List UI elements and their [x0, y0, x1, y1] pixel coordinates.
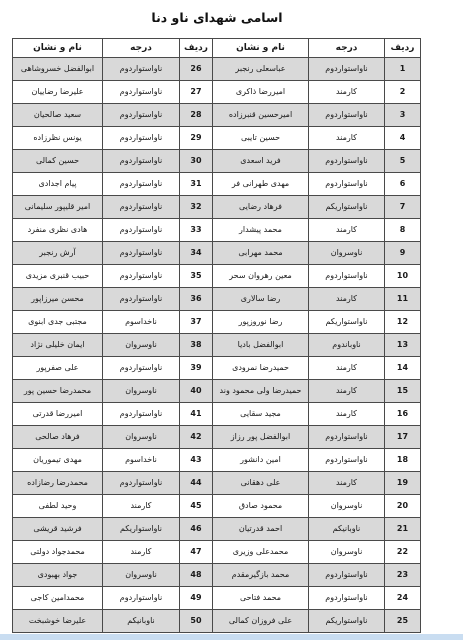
table-row: 1 ناواستواردوم عباسعلی رنجبر 26 ناواستوا… — [13, 58, 421, 81]
row-number-cell: 15 — [385, 380, 421, 403]
table-row: 5 ناواستواردوم فرید اسعدی 30 ناواستواردو… — [13, 150, 421, 173]
rank-cell: ناواستواریکم — [103, 518, 180, 541]
name-cell: فرشید قریشی — [13, 518, 103, 541]
name-cell: امیر قلیپور سلیمانی — [13, 196, 103, 219]
name-cell: مهدی طهرانی فر — [213, 173, 309, 196]
header-rank-right: درجه — [309, 39, 385, 58]
row-number-cell: 7 — [385, 196, 421, 219]
rank-cell: ناواستواردوم — [103, 196, 180, 219]
rank-cell: ناواستواردوم — [103, 403, 180, 426]
rank-cell: ناوسروان — [309, 541, 385, 564]
rank-cell: کارمند — [309, 219, 385, 242]
row-number-cell: 40 — [180, 380, 213, 403]
header-row: ردیف درجه نام و نشان ردیف درجه نام و نشا… — [13, 39, 421, 58]
name-cell: ایمان خلیلی نژاد — [13, 334, 103, 357]
rank-cell: کارمند — [309, 380, 385, 403]
rank-cell: ناواستواردوم — [309, 564, 385, 587]
row-number-cell: 12 — [385, 311, 421, 334]
header-rank-left: درجه — [103, 39, 180, 58]
rank-cell: ناواستواردوم — [103, 127, 180, 150]
table-row: 9 ناوسروان محمد مهرابی 34 ناواستواردوم آ… — [13, 242, 421, 265]
name-cell: علیرضا رضاییان — [13, 81, 103, 104]
header-name-left: نام و نشان — [13, 39, 103, 58]
row-number-cell: 13 — [385, 334, 421, 357]
rank-cell: ناواستواردوم — [309, 104, 385, 127]
table-row: 13 ناوباندوم ابوالفضل بادیا 38 ناوسروان … — [13, 334, 421, 357]
table-row: 2 کارمند امیررضا ذاکری 27 ناواستواردوم ع… — [13, 81, 421, 104]
rank-cell: ناواستواردوم — [103, 357, 180, 380]
name-cell: فرهاد رضایی — [213, 196, 309, 219]
rank-cell: ناوسروان — [103, 564, 180, 587]
name-cell: علی دهقانی — [213, 472, 309, 495]
row-number-cell: 9 — [385, 242, 421, 265]
row-number-cell: 27 — [180, 81, 213, 104]
name-cell: سعید صالحیان — [13, 104, 103, 127]
name-cell: حسین تایبی — [213, 127, 309, 150]
rank-cell: ناواستواریکم — [309, 311, 385, 334]
row-number-cell: 4 — [385, 127, 421, 150]
row-number-cell: 23 — [385, 564, 421, 587]
rank-cell: ناواستواردوم — [103, 472, 180, 495]
name-cell: عباسعلی رنجبر — [213, 58, 309, 81]
page-title: اسامی شهدای ناو دنا — [13, 10, 421, 25]
name-cell: محمود صادق — [213, 495, 309, 518]
name-cell: امین دانشور — [213, 449, 309, 472]
table-row: 23 ناواستواردوم محمد بازگیرمقدم 48 ناوسر… — [13, 564, 421, 587]
rank-cell: ناواستواردوم — [103, 219, 180, 242]
rank-cell: ناواستواردوم — [309, 150, 385, 173]
row-number-cell: 45 — [180, 495, 213, 518]
header-row-number-right: ردیف — [385, 39, 421, 58]
row-number-cell: 16 — [385, 403, 421, 426]
row-number-cell: 24 — [385, 587, 421, 610]
rank-cell: ناواستواردوم — [103, 81, 180, 104]
rank-cell: کارمند — [103, 541, 180, 564]
rank-cell: ناوسروان — [103, 334, 180, 357]
name-cell: فرهاد صالحی — [13, 426, 103, 449]
name-cell: علیرضا خوشبخت — [13, 610, 103, 633]
name-cell: علی فروزان کمالی — [213, 610, 309, 633]
table-row: 16 کارمند مجید سقایی 41 ناواستواردوم امی… — [13, 403, 421, 426]
row-number-cell: 11 — [385, 288, 421, 311]
row-number-cell: 41 — [180, 403, 213, 426]
name-cell: محمدرضا رضازاده — [13, 472, 103, 495]
table-row: 6 ناواستواردوم مهدی طهرانی فر 31 ناواستو… — [13, 173, 421, 196]
bottom-blue-strip — [0, 634, 463, 640]
table-row: 20 ناوسروان محمود صادق 45 کارمند وحید لط… — [13, 495, 421, 518]
table-row: 24 ناواستواردوم محمد فتاحی 49 ناواستوارد… — [13, 587, 421, 610]
row-number-cell: 50 — [180, 610, 213, 633]
name-cell: محمد پیشدار — [213, 219, 309, 242]
name-cell: محمدجواد دولتی — [13, 541, 103, 564]
rank-cell: ناواستواردوم — [103, 265, 180, 288]
rank-cell: ناواستواردوم — [309, 449, 385, 472]
table-row: 3 ناواستواردوم امیرحسین قنبرزاده 28 ناوا… — [13, 104, 421, 127]
name-cell: مجید سقایی — [213, 403, 309, 426]
row-number-cell: 1 — [385, 58, 421, 81]
name-cell: مهدی تیموریان — [13, 449, 103, 472]
header-row-number-left: ردیف — [180, 39, 213, 58]
name-cell: محسن میرزاپور — [13, 288, 103, 311]
row-number-cell: 8 — [385, 219, 421, 242]
name-cell: محمد مهرابی — [213, 242, 309, 265]
row-number-cell: 19 — [385, 472, 421, 495]
name-cell: محمد بازگیرمقدم — [213, 564, 309, 587]
row-number-cell: 17 — [385, 426, 421, 449]
table-row: 21 ناوبانیکم احمد قدرتیان 46 ناواستواریک… — [13, 518, 421, 541]
table-row: 15 کارمند حمیدرضا ولی محمود وند 40 ناوسر… — [13, 380, 421, 403]
table-row: 14 کارمند حمیدرضا نمرودی 39 ناواستواردوم… — [13, 357, 421, 380]
name-cell: رضا نوروزپور — [213, 311, 309, 334]
martyrs-table: ردیف درجه نام و نشان ردیف درجه نام و نشا… — [12, 38, 421, 633]
name-cell: احمد قدرتیان — [213, 518, 309, 541]
row-number-cell: 10 — [385, 265, 421, 288]
row-number-cell: 29 — [180, 127, 213, 150]
row-number-cell: 30 — [180, 150, 213, 173]
name-cell: پیام اجدادی — [13, 173, 103, 196]
rank-cell: ناواستواردوم — [309, 426, 385, 449]
rank-cell: کارمند — [103, 495, 180, 518]
rank-cell: ناخداسوم — [103, 311, 180, 334]
name-cell: هادی نظری منفرد — [13, 219, 103, 242]
name-cell: معین رهروان سحر — [213, 265, 309, 288]
name-cell: محمد فتاحی — [213, 587, 309, 610]
row-number-cell: 25 — [385, 610, 421, 633]
rank-cell: ناواستواردوم — [103, 242, 180, 265]
name-cell: حسین کمالی — [13, 150, 103, 173]
rank-cell: ناواستواردوم — [103, 587, 180, 610]
table-row: 25 ناواستواریکم علی فروزان کمالی 50 ناوب… — [13, 610, 421, 633]
row-number-cell: 2 — [385, 81, 421, 104]
rank-cell: ناواستواردوم — [309, 173, 385, 196]
row-number-cell: 14 — [385, 357, 421, 380]
table-row: 7 ناواستواریکم فرهاد رضایی 32 ناواستوارد… — [13, 196, 421, 219]
name-cell: محمدعلی وزیری — [213, 541, 309, 564]
name-cell: محمدامین کاجی — [13, 587, 103, 610]
table-row: 19 کارمند علی دهقانی 44 ناواستواردوم محم… — [13, 472, 421, 495]
row-number-cell: 48 — [180, 564, 213, 587]
header-name-right: نام و نشان — [213, 39, 309, 58]
name-cell: امیررضا ذاکری — [213, 81, 309, 104]
row-number-cell: 37 — [180, 311, 213, 334]
rank-cell: ناواستواردوم — [309, 265, 385, 288]
row-number-cell: 49 — [180, 587, 213, 610]
name-cell: ابوالفضل بادیا — [213, 334, 309, 357]
row-number-cell: 36 — [180, 288, 213, 311]
rank-cell: ناوسروان — [309, 242, 385, 265]
name-cell: جواد بهبودی — [13, 564, 103, 587]
row-number-cell: 3 — [385, 104, 421, 127]
name-cell: وحید لطفی — [13, 495, 103, 518]
name-cell: ابوالفضل پور رزاز — [213, 426, 309, 449]
rank-cell: کارمند — [309, 127, 385, 150]
rank-cell: ناواستواریکم — [309, 196, 385, 219]
table-header: ردیف درجه نام و نشان ردیف درجه نام و نشا… — [13, 39, 421, 58]
rank-cell: ناوسروان — [309, 495, 385, 518]
rank-cell: ناوسروان — [103, 380, 180, 403]
rank-cell: کارمند — [309, 288, 385, 311]
table-row: 12 ناواستواریکم رضا نوروزپور 37 ناخداسوم… — [13, 311, 421, 334]
row-number-cell: 22 — [385, 541, 421, 564]
row-number-cell: 35 — [180, 265, 213, 288]
name-cell: امیرحسین قنبرزاده — [213, 104, 309, 127]
table-body: 1 ناواستواردوم عباسعلی رنجبر 26 ناواستوا… — [13, 58, 421, 633]
row-number-cell: 28 — [180, 104, 213, 127]
name-cell: فرید اسعدی — [213, 150, 309, 173]
name-cell: علی صفرپور — [13, 357, 103, 380]
row-number-cell: 43 — [180, 449, 213, 472]
row-number-cell: 21 — [385, 518, 421, 541]
rank-cell: ناواستواریکم — [309, 610, 385, 633]
table-row: 4 کارمند حسین تایبی 29 ناواستواردوم یونس… — [13, 127, 421, 150]
rank-cell: ناواستواردوم — [309, 58, 385, 81]
rank-cell: ناواستواردوم — [103, 288, 180, 311]
table-row: 22 ناوسروان محمدعلی وزیری 47 کارمند محمد… — [13, 541, 421, 564]
rank-cell: ناواستواردوم — [103, 173, 180, 196]
table-row: 17 ناواستواردوم ابوالفضل پور رزاز 42 ناو… — [13, 426, 421, 449]
rank-cell: ناواستواردوم — [309, 587, 385, 610]
rank-cell: ناوسروان — [103, 426, 180, 449]
rank-cell: ناخداسوم — [103, 449, 180, 472]
rank-cell: ناواستواردوم — [103, 150, 180, 173]
table-row: 11 کارمند رضا سالاری 36 ناواستواردوم محس… — [13, 288, 421, 311]
name-cell: رضا سالاری — [213, 288, 309, 311]
name-cell: یونس نظرزاده — [13, 127, 103, 150]
rank-cell: کارمند — [309, 81, 385, 104]
row-number-cell: 20 — [385, 495, 421, 518]
name-cell: محمدرضا حسین پور — [13, 380, 103, 403]
name-cell: امیررضا قدرتی — [13, 403, 103, 426]
row-number-cell: 33 — [180, 219, 213, 242]
name-cell: حمیدرضا نمرودی — [213, 357, 309, 380]
table-row: 8 کارمند محمد پیشدار 33 ناواستواردوم هاد… — [13, 219, 421, 242]
table-row: 18 ناواستواردوم امین دانشور 43 ناخداسوم … — [13, 449, 421, 472]
row-number-cell: 47 — [180, 541, 213, 564]
name-cell: مجتبی جدی ابنوی — [13, 311, 103, 334]
rank-cell: ناوباندوم — [309, 334, 385, 357]
rank-cell: ناوبانیکم — [103, 610, 180, 633]
table-row: 10 ناواستواردوم معین رهروان سحر 35 ناواس… — [13, 265, 421, 288]
rank-cell: کارمند — [309, 357, 385, 380]
row-number-cell: 34 — [180, 242, 213, 265]
name-cell: ابوالفضل خسروشاهی — [13, 58, 103, 81]
row-number-cell: 38 — [180, 334, 213, 357]
rank-cell: ناواستواردوم — [103, 104, 180, 127]
rank-cell: ناواستواردوم — [103, 58, 180, 81]
row-number-cell: 46 — [180, 518, 213, 541]
row-number-cell: 39 — [180, 357, 213, 380]
row-number-cell: 6 — [385, 173, 421, 196]
row-number-cell: 42 — [180, 426, 213, 449]
row-number-cell: 18 — [385, 449, 421, 472]
rank-cell: ناوبانیکم — [309, 518, 385, 541]
name-cell: آرش رنجبر — [13, 242, 103, 265]
row-number-cell: 31 — [180, 173, 213, 196]
rank-cell: کارمند — [309, 403, 385, 426]
name-cell: حبیب قنبری مزیدی — [13, 265, 103, 288]
row-number-cell: 32 — [180, 196, 213, 219]
rank-cell: کارمند — [309, 472, 385, 495]
row-number-cell: 5 — [385, 150, 421, 173]
row-number-cell: 44 — [180, 472, 213, 495]
row-number-cell: 26 — [180, 58, 213, 81]
name-cell: حمیدرضا ولی محمود وند — [213, 380, 309, 403]
